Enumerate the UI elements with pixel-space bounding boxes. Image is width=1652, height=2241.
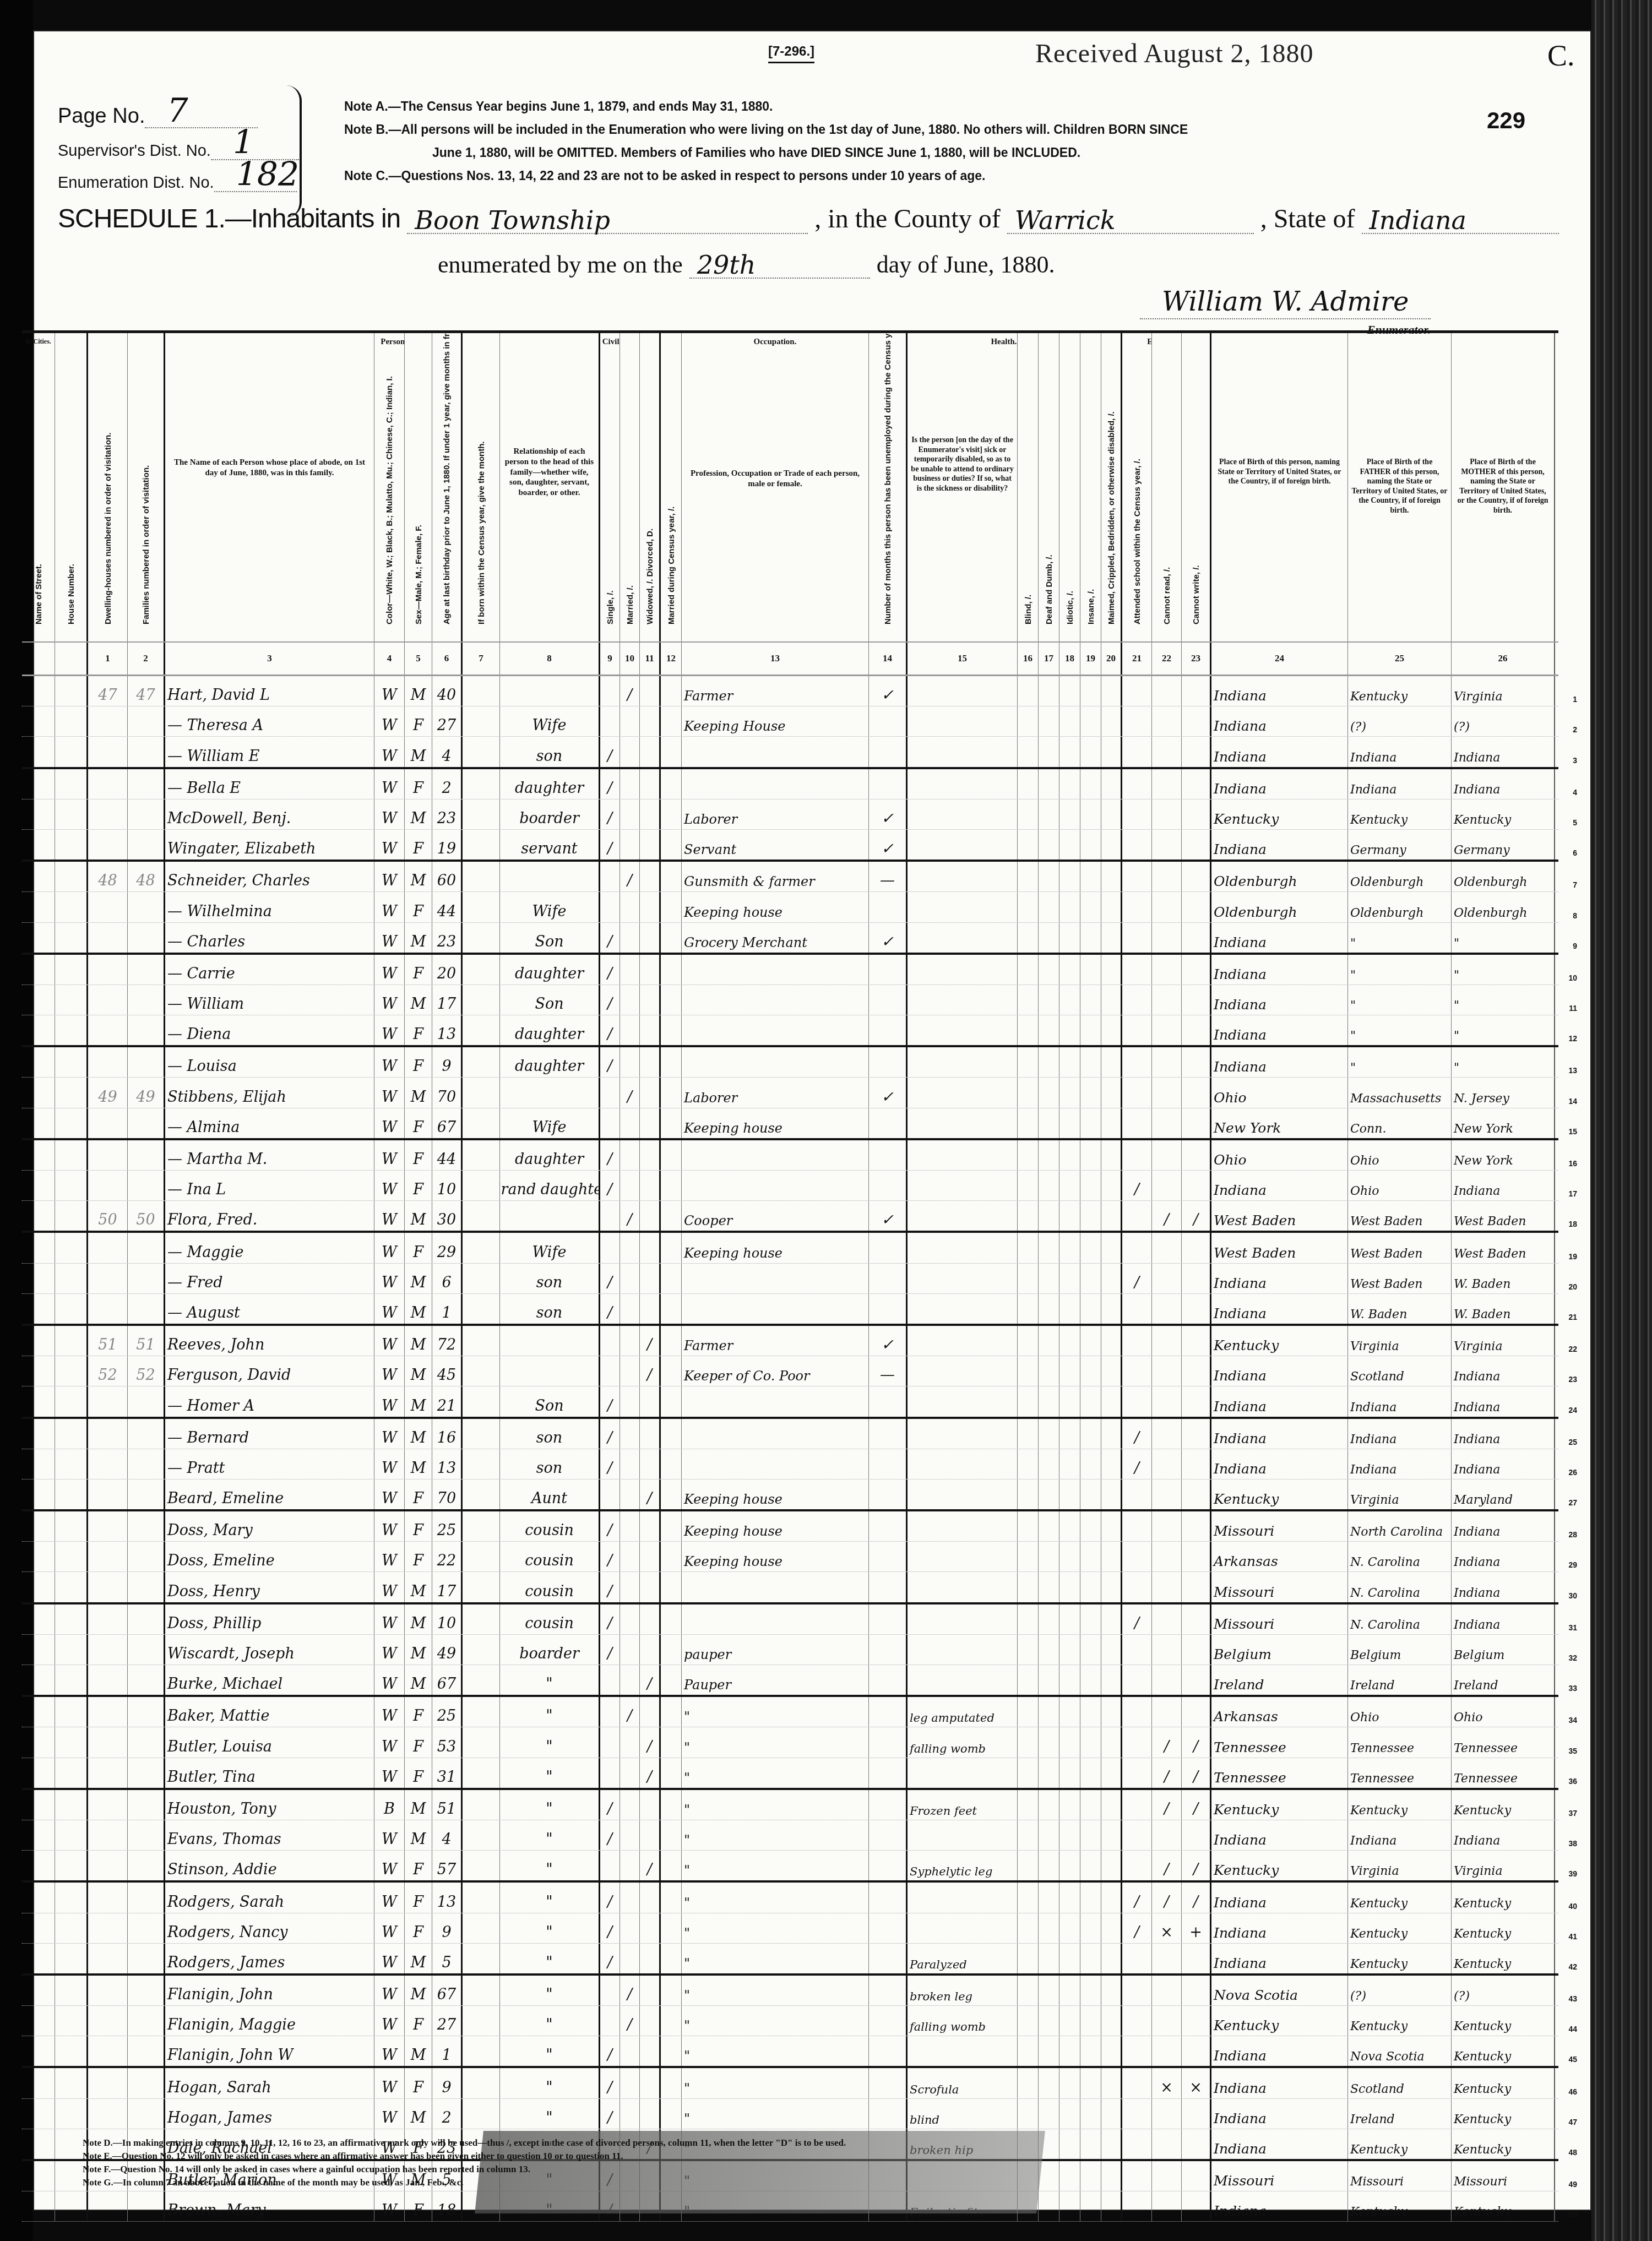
- table-row: 32 Wiscardt, Joseph W M 49 boarder / pau…: [22, 1635, 1558, 1665]
- cell-blind: [1018, 892, 1039, 922]
- mother-birthplace-text: Kentucky: [1454, 2020, 1511, 2033]
- cell-attended-school: [1122, 1140, 1152, 1170]
- cell-single: /: [600, 1790, 620, 1820]
- cell-single: /: [600, 1386, 620, 1416]
- cell-father-birthplace: Indiana: [1348, 737, 1452, 766]
- cell-sex: F: [405, 769, 432, 799]
- cell-dwelling-number: [88, 1820, 128, 1850]
- cell-dwelling-number: [88, 1604, 128, 1634]
- cell-age: 25: [432, 1511, 463, 1541]
- cell-married: [620, 985, 640, 1015]
- cell-relationship: [500, 1356, 600, 1386]
- col-6-header: Age at last birthday prior to June 1, 18…: [432, 333, 463, 641]
- cell-birth-month: [463, 923, 500, 953]
- cell-sex: F: [405, 1511, 432, 1541]
- cell-dwelling-number: [88, 1449, 128, 1479]
- cell-birthplace: Indiana: [1211, 737, 1348, 766]
- cell-widowed: [640, 955, 661, 984]
- cell-married: [620, 892, 640, 922]
- mother-birthplace-text: Indiana: [1454, 1618, 1500, 1632]
- cell-attended-school: [1122, 1108, 1152, 1138]
- cell-occupation: ": [682, 1913, 869, 1943]
- cell-occupation: ": [682, 1944, 869, 1973]
- cell-idiotic: [1059, 1233, 1080, 1263]
- cell-dwelling-number: [88, 1851, 128, 1880]
- cell-relationship: boarder: [500, 1635, 600, 1665]
- cell-attended-school: [1122, 1820, 1152, 1850]
- cell-family-number: [128, 737, 165, 766]
- cell-cannot-read: [1152, 2036, 1182, 2066]
- cell-attended-school: [1122, 923, 1152, 953]
- cell-deaf-dumb: [1039, 2036, 1059, 2066]
- table-row: 33 Burke, Michael W M 67 " / Pauper Irel…: [22, 1665, 1558, 1697]
- cell-maimed: [1101, 1449, 1122, 1479]
- cell-cannot-read: [1152, 1386, 1182, 1416]
- cell-color: W: [374, 1542, 405, 1571]
- cell-age: 13: [432, 1883, 463, 1912]
- cell-attended-school: [1122, 1635, 1152, 1665]
- cell-relationship: ": [500, 1727, 600, 1757]
- cell-idiotic: [1059, 676, 1080, 706]
- cell-sex: F: [405, 892, 432, 922]
- cell-months-unemployed: [869, 1264, 907, 1293]
- cell-house: [55, 1078, 88, 1107]
- cell-street: 43: [22, 1976, 55, 2005]
- cell-months-unemployed: [869, 1140, 907, 1170]
- cell-attended-school: [1122, 2129, 1152, 2159]
- cell-sickness: Frozen feet: [907, 1790, 1018, 1820]
- cell-attended-school: [1122, 1201, 1152, 1231]
- table-row: 21 — August W M 1 son / Indiana W. Baden…: [22, 1294, 1558, 1326]
- cell-street: 27: [22, 1480, 55, 1509]
- cell-maimed: [1101, 2006, 1122, 2036]
- cell-color: W: [374, 955, 405, 984]
- cell-single: /: [600, 1944, 620, 1973]
- cell-insane: [1080, 1542, 1101, 1571]
- cell-person-name: — Charles: [165, 923, 374, 953]
- cell-married: [620, 1356, 640, 1386]
- cell-deaf-dumb: [1039, 1976, 1059, 2005]
- col-12-header: Married during Census year, /.: [661, 333, 682, 641]
- cell-widowed: [640, 892, 661, 922]
- cell-married: [620, 955, 640, 984]
- cell-deaf-dumb: [1039, 1201, 1059, 1231]
- cell-blind: [1018, 676, 1039, 706]
- table-row: 15 — Almina W F 67 Wife Keeping house Ne…: [22, 1108, 1558, 1140]
- cell-color: W: [374, 706, 405, 736]
- column-headers: In Cities.Name of Street. House Number. …: [22, 333, 1558, 643]
- cell-single: [600, 1356, 620, 1386]
- cell-relationship: ": [500, 1697, 600, 1727]
- cell-occupation: Laborer: [682, 1078, 869, 1107]
- cell-single: [600, 892, 620, 922]
- cell-sickness: Paralyzed: [907, 1944, 1018, 1973]
- cell-sickness: [907, 1386, 1018, 1416]
- row-number-right: 1: [1573, 695, 1577, 704]
- cell-married-census-year: [661, 1790, 682, 1820]
- cell-idiotic: [1059, 2068, 1080, 2098]
- cell-single: /: [600, 1264, 620, 1293]
- cell-idiotic: [1059, 1604, 1080, 1634]
- table-row: 12 — Diena W F 13 daughter / Indiana " "…: [22, 1015, 1558, 1047]
- cell-widowed: /: [640, 1758, 661, 1788]
- cell-person-name: Brown, Mary: [165, 2191, 374, 2221]
- row-number-right: 11: [1569, 1004, 1577, 1013]
- cell-cannot-write: [1182, 1572, 1211, 1602]
- cell-cannot-read: [1152, 1419, 1182, 1449]
- row-number-right: 46: [1568, 2087, 1577, 2096]
- cell-age: 22: [432, 1542, 463, 1571]
- cell-dwelling-number: [88, 1047, 128, 1077]
- cell-father-birthplace: Oldenburgh: [1348, 892, 1452, 922]
- cell-person-name: Butler, Tina: [165, 1758, 374, 1788]
- cell-color: W: [374, 2036, 405, 2066]
- cell-attended-school: [1122, 799, 1152, 829]
- cell-age: 27: [432, 2006, 463, 2036]
- cell-house: [55, 1386, 88, 1416]
- cell-relationship: Aunt: [500, 1480, 600, 1509]
- cell-single: /: [600, 1913, 620, 1943]
- cell-married-census-year: [661, 955, 682, 984]
- cell-sickness: [907, 1201, 1018, 1231]
- cell-house: [55, 1542, 88, 1571]
- cell-widowed: [640, 1294, 661, 1324]
- cell-occupation: Servant: [682, 830, 869, 860]
- cell-father-birthplace: Indiana: [1348, 1449, 1452, 1479]
- cell-house: [55, 1604, 88, 1634]
- cell-family-number: [128, 1944, 165, 1973]
- mother-birthplace-text: Ireland: [1454, 1679, 1498, 1693]
- cell-insane: [1080, 1604, 1101, 1634]
- cell-married-census-year: [661, 1665, 682, 1695]
- cell-insane: [1080, 1727, 1101, 1757]
- col-15-header: Health.Is the person [on the day of the …: [907, 333, 1018, 641]
- cell-widowed: [640, 1108, 661, 1138]
- cell-relationship: son: [500, 1264, 600, 1293]
- mother-birthplace-text: ": [1454, 937, 1459, 950]
- cell-occupation: Keeping house: [682, 1480, 869, 1509]
- cell-cannot-read: [1152, 1511, 1182, 1541]
- cell-blind: [1018, 1913, 1039, 1943]
- cell-mother-birthplace: W. Baden20: [1452, 1264, 1555, 1293]
- cell-father-birthplace: West Baden: [1348, 1233, 1452, 1263]
- cell-age: 1: [432, 2036, 463, 2066]
- cell-widowed: [640, 1233, 661, 1263]
- mother-birthplace-text: ": [1454, 1029, 1459, 1043]
- cell-person-name: Flanigin, Maggie: [165, 2006, 374, 2036]
- cell-family-number: [128, 1572, 165, 1602]
- cell-months-unemployed: [869, 1108, 907, 1138]
- cell-occupation: [682, 1419, 869, 1449]
- cell-color: W: [374, 1419, 405, 1449]
- cell-blind: [1018, 737, 1039, 766]
- cell-birthplace: Tennessee: [1211, 1727, 1348, 1757]
- cell-birthplace: Indiana: [1211, 1449, 1348, 1479]
- cell-single: [600, 1108, 620, 1138]
- cell-age: 60: [432, 862, 463, 891]
- enumeration-dist-value: 182: [214, 158, 297, 192]
- cell-relationship: cousin: [500, 1604, 600, 1634]
- cell-married-census-year: [661, 1851, 682, 1880]
- cell-house: [55, 1480, 88, 1509]
- cell-cannot-read: [1152, 1542, 1182, 1571]
- cell-single: [600, 1233, 620, 1263]
- cell-person-name: Wingater, Elizabeth: [165, 830, 374, 860]
- cell-months-unemployed: [869, 955, 907, 984]
- cell-widowed: [640, 830, 661, 860]
- table-row: 36 Butler, Tina W F 31 " / " / / Tenness…: [22, 1758, 1558, 1790]
- cell-mother-birthplace: Maryland27: [1452, 1480, 1555, 1509]
- cell-blind: [1018, 955, 1039, 984]
- cell-dwelling-number: [88, 1140, 128, 1170]
- cell-dwelling-number: 49: [88, 1078, 128, 1107]
- cell-age: 5: [432, 1944, 463, 1973]
- cell-blind: [1018, 706, 1039, 736]
- table-row: 24 — Homer A W M 21 Son / Indiana Indian…: [22, 1386, 1558, 1418]
- cell-birthplace: Indiana: [1211, 1883, 1348, 1912]
- cell-house: [55, 985, 88, 1015]
- cell-idiotic: [1059, 1480, 1080, 1509]
- cell-sickness: [907, 1604, 1018, 1634]
- cell-married-census-year: [661, 1326, 682, 1356]
- cell-maimed: [1101, 1727, 1122, 1757]
- cell-months-unemployed: [869, 1604, 907, 1634]
- cell-occupation: Pauper: [682, 1665, 869, 1695]
- cell-insane: [1080, 923, 1101, 953]
- table-row: 4 — Bella E W F 2 daughter / Indiana Ind…: [22, 769, 1558, 799]
- cell-deaf-dumb: [1039, 1449, 1059, 1479]
- cell-months-unemployed: [869, 1419, 907, 1449]
- cell-sickness: [907, 955, 1018, 984]
- cell-birth-month: [463, 1449, 500, 1479]
- cell-blind: [1018, 1883, 1039, 1912]
- cell-sex: M: [405, 1449, 432, 1479]
- cell-mother-birthplace: "10: [1452, 955, 1555, 984]
- cell-idiotic: [1059, 830, 1080, 860]
- cell-attended-school: [1122, 862, 1152, 891]
- cell-street: 39: [22, 1851, 55, 1880]
- cell-mother-birthplace: Indiana17: [1452, 1171, 1555, 1200]
- cell-house: [55, 2068, 88, 2098]
- cell-months-unemployed: [869, 2099, 907, 2129]
- row-number-right: 10: [1568, 973, 1577, 982]
- cell-birthplace: Arkansas: [1211, 1697, 1348, 1727]
- cell-widowed: [640, 799, 661, 829]
- cell-attended-school: [1122, 1697, 1152, 1727]
- cell-insane: [1080, 2129, 1101, 2159]
- cell-occupation: ": [682, 1851, 869, 1880]
- cell-deaf-dumb: [1039, 1820, 1059, 1850]
- row-number-right: 36: [1568, 1777, 1577, 1786]
- cell-married: [620, 923, 640, 953]
- cell-father-birthplace: Kentucky: [1348, 2191, 1452, 2221]
- cell-attended-school: [1122, 1047, 1152, 1077]
- supervisor-dist-label: Supervisor's Dist. No.: [58, 142, 211, 160]
- cell-age: 9: [432, 1913, 463, 1943]
- cell-blind: [1018, 2099, 1039, 2129]
- cell-house: [55, 830, 88, 860]
- cell-birth-month: [463, 1758, 500, 1788]
- cell-cannot-read: [1152, 2161, 1182, 2191]
- cell-mother-birthplace: New York16: [1452, 1140, 1555, 1170]
- cell-cannot-write: [1182, 1604, 1211, 1634]
- cell-father-birthplace: Tennessee: [1348, 1758, 1452, 1788]
- cell-father-birthplace: ": [1348, 985, 1452, 1015]
- cell-street: 48: [22, 2129, 55, 2159]
- cell-cannot-read: [1152, 1294, 1182, 1324]
- cell-occupation: Keeper of Co. Poor: [682, 1356, 869, 1386]
- cell-house: [55, 1758, 88, 1788]
- cell-maimed: [1101, 1264, 1122, 1293]
- cell-person-name: — Louisa: [165, 1047, 374, 1077]
- cell-cannot-write: [1182, 1635, 1211, 1665]
- cell-relationship: [500, 862, 600, 891]
- cell-age: 1: [432, 1294, 463, 1324]
- cell-single: [600, 2006, 620, 2036]
- cell-person-name: — Martha M.: [165, 1140, 374, 1170]
- cell-father-birthplace: Ohio: [1348, 1171, 1452, 1200]
- cell-idiotic: [1059, 1201, 1080, 1231]
- cell-sex: M: [405, 1386, 432, 1416]
- cell-widowed: [640, 676, 661, 706]
- corner-letter: C.: [1547, 39, 1575, 73]
- cell-insane: [1080, 2099, 1101, 2129]
- cell-birthplace: Kentucky: [1211, 1851, 1348, 1880]
- cell-months-unemployed: [869, 1883, 907, 1912]
- cell-street: 14: [22, 1078, 55, 1107]
- cell-sickness: Scrofula: [907, 2068, 1018, 2098]
- cell-blind: [1018, 1665, 1039, 1695]
- cell-relationship: ": [500, 2068, 600, 2098]
- cell-occupation: [682, 1294, 869, 1324]
- cell-maimed: [1101, 1944, 1122, 1973]
- cell-street: 46: [22, 2068, 55, 2098]
- cell-sickness: [907, 676, 1018, 706]
- cell-maimed: [1101, 706, 1122, 736]
- cell-cannot-write: [1182, 1171, 1211, 1200]
- cell-sex: M: [405, 1944, 432, 1973]
- cell-street: 11: [22, 985, 55, 1015]
- mother-birthplace-text: Indiana: [1454, 1184, 1500, 1198]
- cell-married-census-year: [661, 1171, 682, 1200]
- cell-sex: M: [405, 2036, 432, 2066]
- cell-sex: M: [405, 923, 432, 953]
- cell-birthplace: Kentucky: [1211, 1790, 1348, 1820]
- cell-insane: [1080, 1449, 1101, 1479]
- cell-birthplace: Indiana: [1211, 769, 1348, 799]
- cell-age: 49: [432, 1635, 463, 1665]
- cell-father-birthplace: Virginia: [1348, 1326, 1452, 1356]
- mother-birthplace-text: ": [1454, 999, 1459, 1013]
- cell-widowed: [640, 1449, 661, 1479]
- cell-dwelling-number: [88, 892, 128, 922]
- row-number-right: 22: [1568, 1345, 1577, 1353]
- county-label: , in the County of: [814, 204, 1000, 234]
- cell-deaf-dumb: [1039, 1727, 1059, 1757]
- cell-cannot-write: [1182, 830, 1211, 860]
- table-row: 7 48 48 Schneider, Charles W M 60 / Guns…: [22, 862, 1558, 892]
- cell-person-name: — Almina: [165, 1108, 374, 1138]
- cell-idiotic: [1059, 1326, 1080, 1356]
- cell-dwelling-number: [88, 1913, 128, 1943]
- cell-birthplace: Kentucky: [1211, 1326, 1348, 1356]
- cell-idiotic: [1059, 923, 1080, 953]
- cell-family-number: [128, 1790, 165, 1820]
- cell-person-name: — Bernard: [165, 1419, 374, 1449]
- cell-maimed: [1101, 2068, 1122, 2098]
- cell-birth-month: [463, 1047, 500, 1077]
- cell-occupation: Farmer: [682, 1326, 869, 1356]
- table-row: 27 Beard, Emeline W F 70 Aunt / Keeping …: [22, 1480, 1558, 1511]
- state-label: , State of: [1260, 204, 1355, 234]
- cell-birth-month: [463, 1264, 500, 1293]
- cell-single: [600, 676, 620, 706]
- footnotes: Note D.—In making entries in columns 9, …: [83, 2136, 846, 2189]
- cell-color: W: [374, 676, 405, 706]
- cell-family-number: [128, 1294, 165, 1324]
- cell-sickness: [907, 1015, 1018, 1045]
- cell-married: [620, 1883, 640, 1912]
- cell-father-birthplace: N. Carolina: [1348, 1542, 1452, 1571]
- cell-married-census-year: [661, 1449, 682, 1479]
- cell-family-number: [128, 2006, 165, 2036]
- cell-married: [620, 1140, 640, 1170]
- cell-months-unemployed: [869, 1790, 907, 1820]
- cell-married: [620, 1665, 640, 1695]
- cell-married: /: [620, 676, 640, 706]
- cell-person-name: — Diena: [165, 1015, 374, 1045]
- page-info-brace: [286, 85, 302, 217]
- cell-cannot-write: [1182, 2006, 1211, 2036]
- cell-cannot-write: /: [1182, 1758, 1211, 1788]
- cell-deaf-dumb: [1039, 737, 1059, 766]
- cell-dwelling-number: 48: [88, 862, 128, 891]
- cell-idiotic: [1059, 1140, 1080, 1170]
- cell-father-birthplace: Ohio: [1348, 1697, 1452, 1727]
- cell-street: 12: [22, 1015, 55, 1045]
- table-row: 28 Doss, Mary W F 25 cousin / Keeping ho…: [22, 1511, 1558, 1542]
- cell-house: [55, 2191, 88, 2221]
- cell-birthplace: Missouri: [1211, 1572, 1348, 1602]
- cell-person-name: Reeves, John: [165, 1326, 374, 1356]
- cell-relationship: daughter: [500, 1140, 600, 1170]
- cell-father-birthplace: West Baden: [1348, 1264, 1452, 1293]
- cell-married-census-year: [661, 737, 682, 766]
- cell-idiotic: [1059, 955, 1080, 984]
- cell-blind: [1018, 1264, 1039, 1293]
- cell-family-number: [128, 955, 165, 984]
- cell-relationship: Grand daughter: [500, 1171, 600, 1200]
- cell-family-number: [128, 2099, 165, 2129]
- cell-dwelling-number: [88, 985, 128, 1015]
- cell-idiotic: [1059, 1419, 1080, 1449]
- cell-sickness: [907, 1820, 1018, 1850]
- cell-insane: [1080, 1851, 1101, 1880]
- cell-birthplace: Indiana: [1211, 830, 1348, 860]
- cell-deaf-dumb: [1039, 1542, 1059, 1571]
- cell-family-number: [128, 1851, 165, 1880]
- cell-blind: [1018, 1294, 1039, 1324]
- cell-color: W: [374, 1264, 405, 1293]
- cell-cannot-write: [1182, 1356, 1211, 1386]
- cell-birthplace: Ireland: [1211, 1665, 1348, 1695]
- cell-street: 3: [22, 737, 55, 766]
- cell-family-number: [128, 1511, 165, 1541]
- cell-occupation: ": [682, 2036, 869, 2066]
- cell-birthplace: Indiana: [1211, 1820, 1348, 1850]
- cell-cannot-read: [1152, 1480, 1182, 1509]
- cell-person-name: — Wilhelmina: [165, 892, 374, 922]
